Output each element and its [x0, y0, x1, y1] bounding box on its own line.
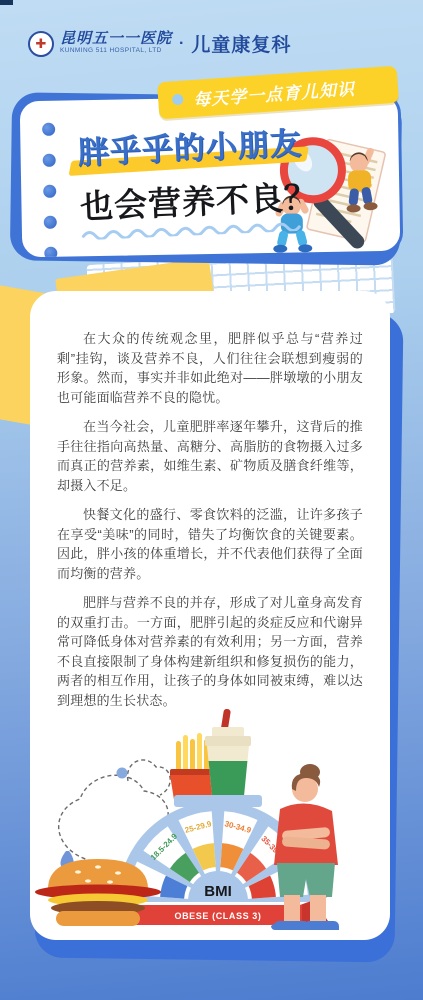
department-title: 儿童康复科	[191, 30, 291, 57]
title-line-1: 胖乎乎的小朋友	[77, 118, 303, 173]
binder-dots	[42, 123, 57, 260]
paragraph-3: 快餐文化的盛行、零食饮料的泛滥，让许多孩子在享受“美味”的同时，错失了均衡饮食的…	[57, 505, 363, 583]
title-card-face: 胖乎乎的小朋友 也会营养不良？	[17, 92, 404, 261]
article-text: 在大众的传统观念里，肥胖似乎总与“营养过剩”挂钩，谈及营养不良，人们往往会联想到…	[57, 329, 363, 710]
banner-text: 每天学一点育儿知识	[192, 75, 355, 111]
drink-icon	[205, 709, 251, 806]
hospital-logo: ✚	[28, 31, 54, 57]
obese-ribbon-label: OBESE (CLASS 3)	[174, 911, 261, 921]
content-card: 在大众的传统观念里，肥胖似乎总与“营养过剩”挂钩，谈及营养不良，人们往往会联想到…	[30, 291, 390, 940]
poster-title: 胖乎乎的小朋友 也会营养不良？	[77, 117, 320, 240]
title-line-2: 也会营养不良？	[79, 171, 319, 228]
hospital-logo-glyph: ✚	[36, 37, 47, 50]
paragraph-4: 肥胖与营养不良的并存，形成了对儿童身高发育的双重打击。一方面，肥胖引起的炎症反应…	[57, 593, 363, 710]
poster-root: ✚ 昆明五一一医院 KUNMING 511 HOSPITAL, LTD · 儿童…	[0, 0, 423, 1000]
header: ✚ 昆明五一一医院 KUNMING 511 HOSPITAL, LTD · 儿童…	[28, 30, 291, 57]
paragraph-2: 在当今社会，儿童肥胖率逐年攀升，这背后的推手往往指向高热量、高糖分、高脂肪的食物…	[57, 417, 363, 495]
paragraph-1: 在大众的传统观念里，肥胖似乎总与“营养过剩”挂钩，谈及营养不良，人们往往会联想到…	[57, 329, 363, 407]
content-card-body: 在大众的传统观念里，肥胖似乎总与“营养过剩”挂钩，谈及营养不良，人们往往会联想到…	[30, 291, 390, 940]
hospital-name-en: KUNMING 511 HOSPITAL, LTD	[60, 48, 172, 55]
banner-dot-icon	[172, 94, 184, 106]
bmi-illustration: 18.5-24.9 25-29.9 30-34.9 35-39.9 > 40 B…	[30, 709, 390, 934]
title-card: 胖乎乎的小朋友 也会营养不良？	[17, 92, 404, 261]
corner-mark	[0, 0, 13, 5]
hospital-name-block: 昆明五一一医院 KUNMING 511 HOSPITAL, LTD	[60, 32, 172, 55]
hospital-name: 昆明五一一医院	[60, 32, 172, 48]
header-separator: ·	[179, 35, 184, 53]
blue-dot-icon	[117, 768, 128, 779]
bmi-center-label: BMI	[204, 883, 232, 900]
